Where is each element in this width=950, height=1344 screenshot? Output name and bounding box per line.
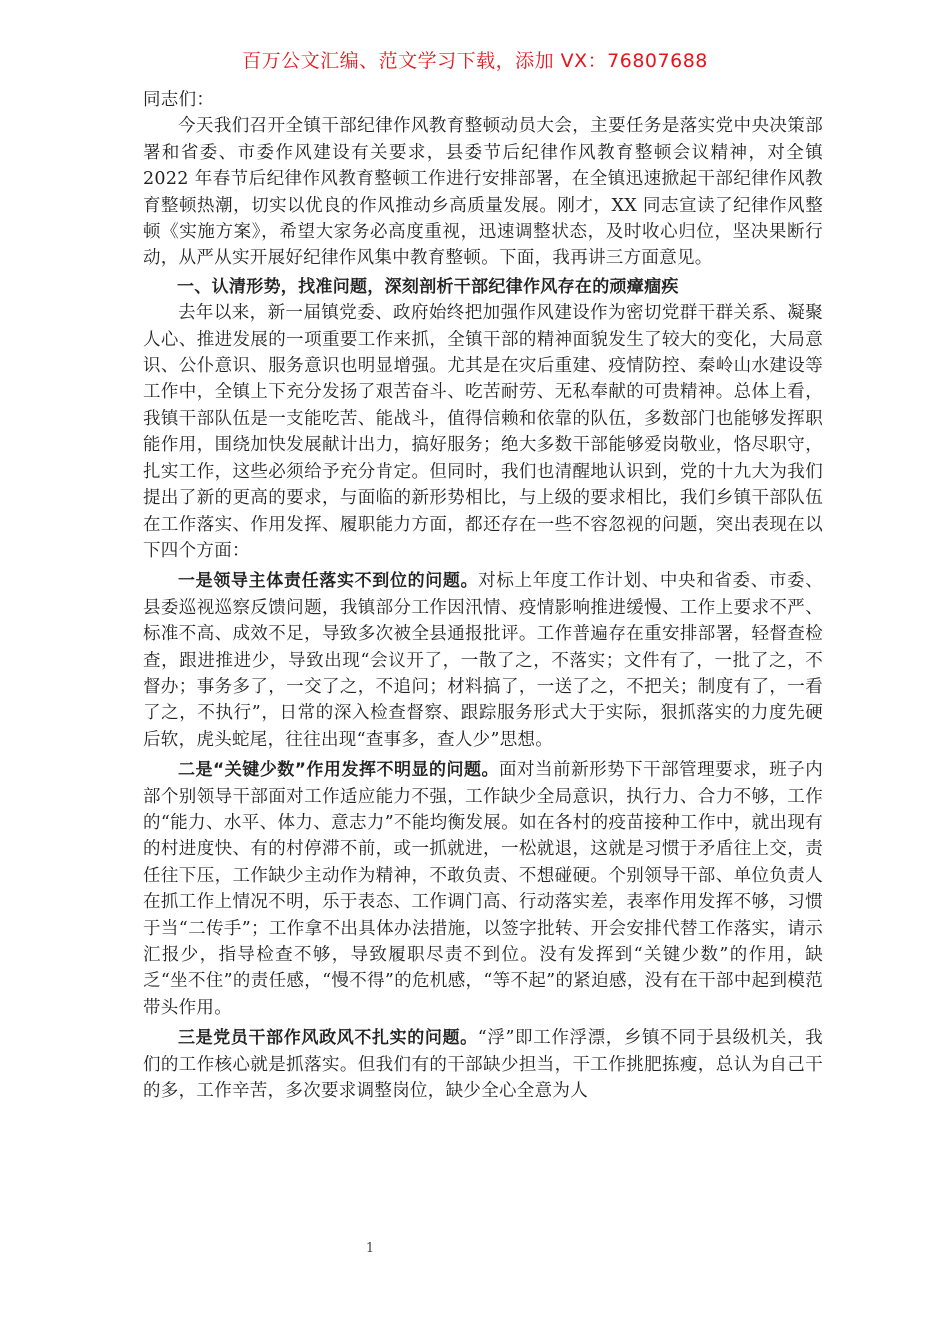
page-number: 1 — [360, 1241, 380, 1256]
section-1-paragraph: 去年以来，新一届镇党委、政府始终把加强作风建设作为密切党群干群关系、凝聚人心、推… — [143, 300, 823, 564]
point-lead-2: 二是“关键少数”作用发挥不明显的问题。 — [178, 760, 499, 780]
point-paragraph-2: 二是“关键少数”作用发挥不明显的问题。面对当前新形势下干部管理要求，班子内部个别… — [143, 757, 823, 1021]
salutation: 同志们： — [143, 87, 823, 113]
point-body-1: 对标上年度工作计划、中央和省委、市委、县委巡视巡察反馈问题，我镇部分工作因汛情、… — [143, 571, 823, 749]
point-lead-1: 一是领导主体责任落实不到位的问题。 — [178, 571, 478, 591]
section-heading-1: 一、认清形势，找准问题，深刻剖析干部纪律作风存在的顽瘴痼疾 — [143, 274, 823, 300]
point-paragraph-3: 三是党员干部作风政风不扎实的问题。“浮”即工作浮漂，乡镇不同于县级机关，我们的工… — [143, 1025, 823, 1104]
document-body: 同志们： 今天我们召开全镇干部纪律作风教育整顿动员大会，主要任务是落实党中央决策… — [143, 87, 823, 1104]
intro-paragraph: 今天我们召开全镇干部纪律作风教育整顿动员大会，主要任务是落实党中央决策部署和省委… — [143, 113, 823, 271]
point-body-2: 面对当前新形势下干部管理要求，班子内部个别领导干部面对工作适应能力不强，工作缺少… — [143, 760, 823, 1018]
watermark-header: 百万公文汇编、范文学习下载，添加 VX：76807688 — [0, 46, 950, 73]
point-lead-3: 三是党员干部作风政风不扎实的问题。 — [178, 1028, 478, 1048]
point-paragraph-1: 一是领导主体责任落实不到位的问题。对标上年度工作计划、中央和省委、市委、县委巡视… — [143, 568, 823, 753]
